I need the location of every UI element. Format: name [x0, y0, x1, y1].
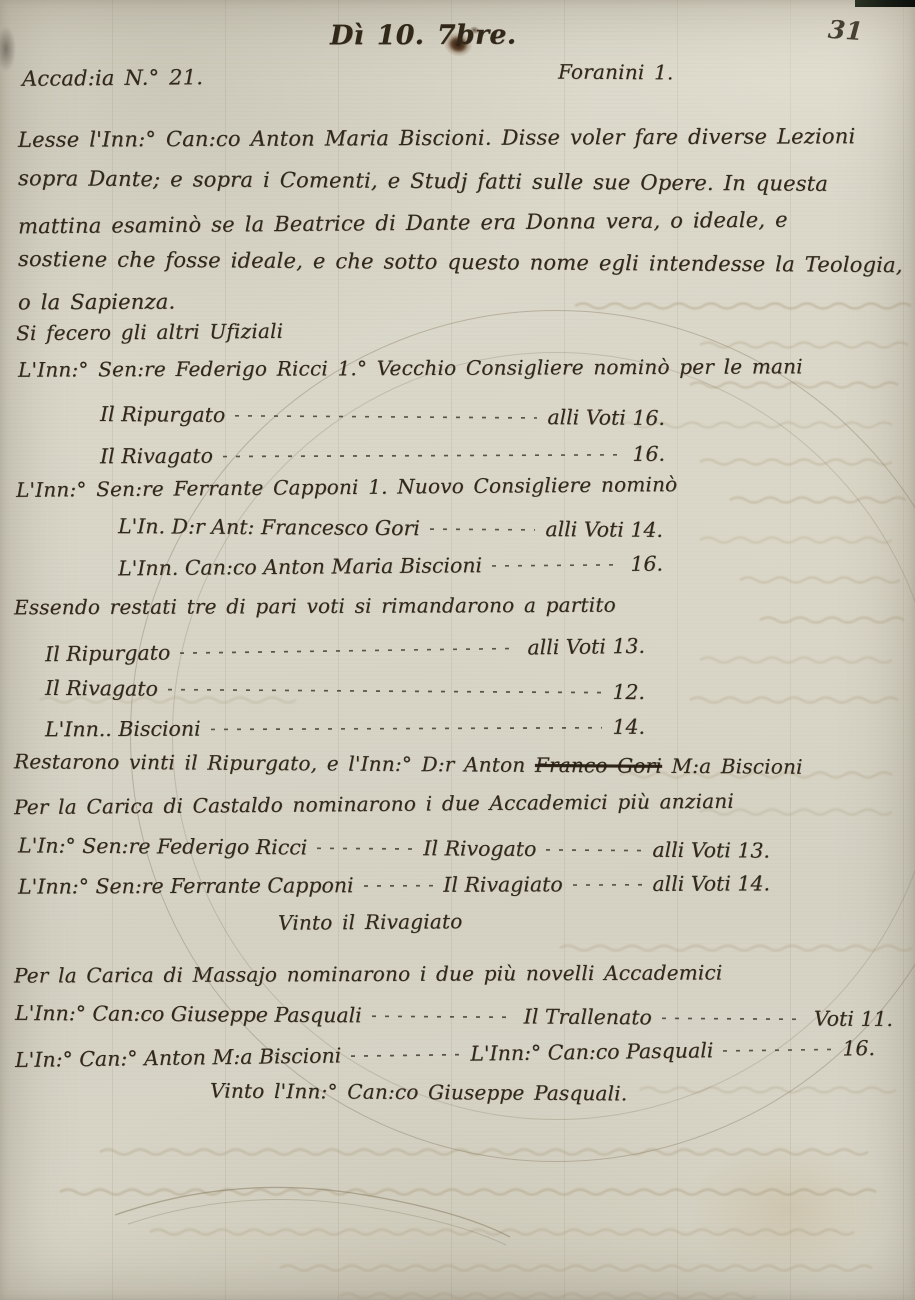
vote-row: L'Inn. Can:co Anton Maria Biscioni 16. — [118, 550, 663, 580]
ghost-text-line — [690, 698, 898, 703]
vote-row: Il Rivagato 16. — [100, 440, 665, 468]
line-winners: Restarono vinti il Ripurgato, e l'Inn:° … — [14, 749, 803, 779]
academy-alias: Il Rivogato — [423, 836, 536, 861]
candidate-name: Il Ripurgato — [45, 640, 171, 666]
candidate-name: Il Ripurgato — [100, 402, 225, 427]
ghost-text-line — [575, 304, 911, 309]
dot-leader — [223, 440, 623, 462]
line-winner-castaldo: Vinto il Rivagiato — [278, 909, 463, 935]
paper-stain — [690, 1140, 890, 1280]
vote-count: alli Voti 16. — [547, 405, 665, 430]
edge-smudge — [0, 26, 16, 72]
manuscript-page: Dì 10. 7bre. 31 Accad:ia N.° 21. Foranin… — [0, 0, 915, 1300]
vote-count: alli Voti 13. — [527, 633, 645, 659]
line-ricci-nomination: L'Inn:° Sen:re Federigo Ricci 1.° Vecchi… — [18, 354, 803, 381]
winners-text: M:a Biscioni — [662, 754, 803, 779]
dot-leader — [364, 871, 434, 892]
crease-mark — [115, 1187, 510, 1237]
two-column-vote-row: L'Inn:° Sen:re Ferrante Capponi Il Rivag… — [18, 869, 770, 898]
ghost-text-line — [740, 578, 900, 583]
vote-count: 16. — [630, 551, 663, 575]
ghost-text-line — [700, 460, 892, 465]
vote-row: Il Rivagato 12. — [45, 674, 645, 704]
line-tiebreak: Essendo restati tre di pari voti si rima… — [14, 593, 616, 620]
vote-count: Voti 11. — [814, 1006, 893, 1031]
vote-row: L'Inn.. Biscioni 14. — [45, 713, 645, 741]
vote-row: L'In. D:r Ant: Francesco Gori alli Voti … — [118, 512, 663, 541]
dot-leader — [573, 870, 643, 891]
dot-leader — [372, 1001, 514, 1022]
candidate-name: L'In:° Sen:re Federigo Ricci — [18, 833, 307, 859]
paragraph-line: o la Sapienza. — [18, 290, 175, 315]
dot-leader — [351, 1040, 460, 1062]
candidate-name: L'In:° Can:° Anton M:a Biscioni — [15, 1043, 342, 1072]
ghost-text-line — [700, 538, 892, 543]
ghost-text-line — [760, 618, 904, 623]
header-annotation: Foranini 1. — [558, 60, 674, 85]
vote-count: 16. — [632, 441, 665, 465]
dot-leader — [211, 713, 603, 735]
ghost-text-line — [730, 498, 906, 503]
two-column-vote-row: L'Inn:° Can:co Giuseppe Pasquali Il Tral… — [15, 999, 893, 1031]
vote-row: Il Ripurgato alli Voti 16. — [100, 400, 665, 429]
academy-alias: L'Inn:° Can:co Pasquali — [470, 1038, 713, 1065]
line-capponi-nomination: L'Inn:° Sen:re Ferrante Capponi 1. Nuovo… — [16, 472, 678, 502]
candidate-name: L'Inn.. Biscioni — [45, 716, 201, 741]
two-column-vote-row: L'In:° Sen:re Federigo Ricci Il Rivogato… — [18, 831, 770, 862]
candidate-name: L'Inn:° Sen:re Ferrante Capponi — [18, 873, 354, 898]
academy-alias: Il Rivagiato — [443, 872, 563, 897]
paragraph-line: sopra Dante; e sopra i Comenti, e Studj … — [18, 166, 828, 196]
paragraph-line: mattina esaminò se la Beatrice di Dante … — [18, 208, 788, 239]
winners-text: Restarono vinti il Ripurgato, e l'Inn:° … — [14, 749, 535, 777]
ghost-text-line — [640, 1088, 896, 1093]
dot-leader — [492, 550, 621, 572]
dot-leader — [168, 675, 603, 699]
struck-correction: Franco Gori — [535, 753, 662, 778]
paragraph-line: sostiene che fosse ideale, e che sotto q… — [18, 247, 903, 277]
paragraph-line: Lesse l'Inn:° Can:co Anton Maria Biscion… — [18, 124, 855, 152]
section-line-castaldo: Per la Carica di Castaldo nominarono i d… — [14, 789, 734, 819]
dot-leader — [662, 1003, 804, 1024]
dot-leader — [235, 401, 537, 424]
date-heading: Dì 10. 7bre. — [330, 20, 516, 52]
candidate-name: L'Inn:° Can:co Giuseppe Pasquali — [15, 1000, 362, 1026]
vote-count: alli Voti 14. — [545, 517, 663, 542]
session-number: Accad:ia N.° 21. — [22, 65, 203, 91]
candidate-name: L'In. D:r Ant: Francesco Gori — [118, 514, 420, 540]
ghost-text-line — [560, 946, 912, 951]
ghost-text-line — [340, 1294, 756, 1299]
dot-leader — [430, 514, 536, 535]
line-winner-massajo: Vinto l'Inn:° Can:co Giuseppe Pasquali. — [210, 1079, 628, 1106]
vote-count: 16. — [842, 1035, 875, 1059]
vote-count: alli Voti 14. — [652, 871, 770, 896]
candidate-name: L'Inn. Can:co Anton Maria Biscioni — [118, 553, 482, 580]
candidate-name: Il Rivagato — [100, 443, 213, 467]
ghost-text-line — [690, 383, 898, 388]
dot-leader — [180, 634, 517, 659]
vote-row: Il Ripurgato alli Voti 13. — [45, 632, 645, 666]
folio-number: 31 — [827, 15, 864, 46]
ghost-text-line — [700, 343, 908, 348]
ghost-text-line — [700, 658, 892, 663]
vote-count: 12. — [612, 679, 645, 703]
binding-tab — [855, 0, 915, 7]
candidate-name: Il Rivagato — [45, 675, 158, 700]
section-line-massajo: Per la Carica di Massajo nominarono i du… — [14, 960, 723, 987]
dot-leader — [546, 835, 642, 856]
vote-count: 14. — [612, 714, 645, 738]
dot-leader — [317, 833, 413, 854]
two-column-vote-row: L'In:° Can:° Anton M:a Biscioni L'Inn:° … — [15, 1034, 875, 1072]
section-line-ufiziali: Si fecero gli altri Ufiziali — [16, 319, 283, 345]
vote-count: alli Voti 13. — [652, 837, 770, 862]
dot-leader — [723, 1035, 832, 1057]
academy-alias: Il Trallenato — [524, 1004, 652, 1029]
